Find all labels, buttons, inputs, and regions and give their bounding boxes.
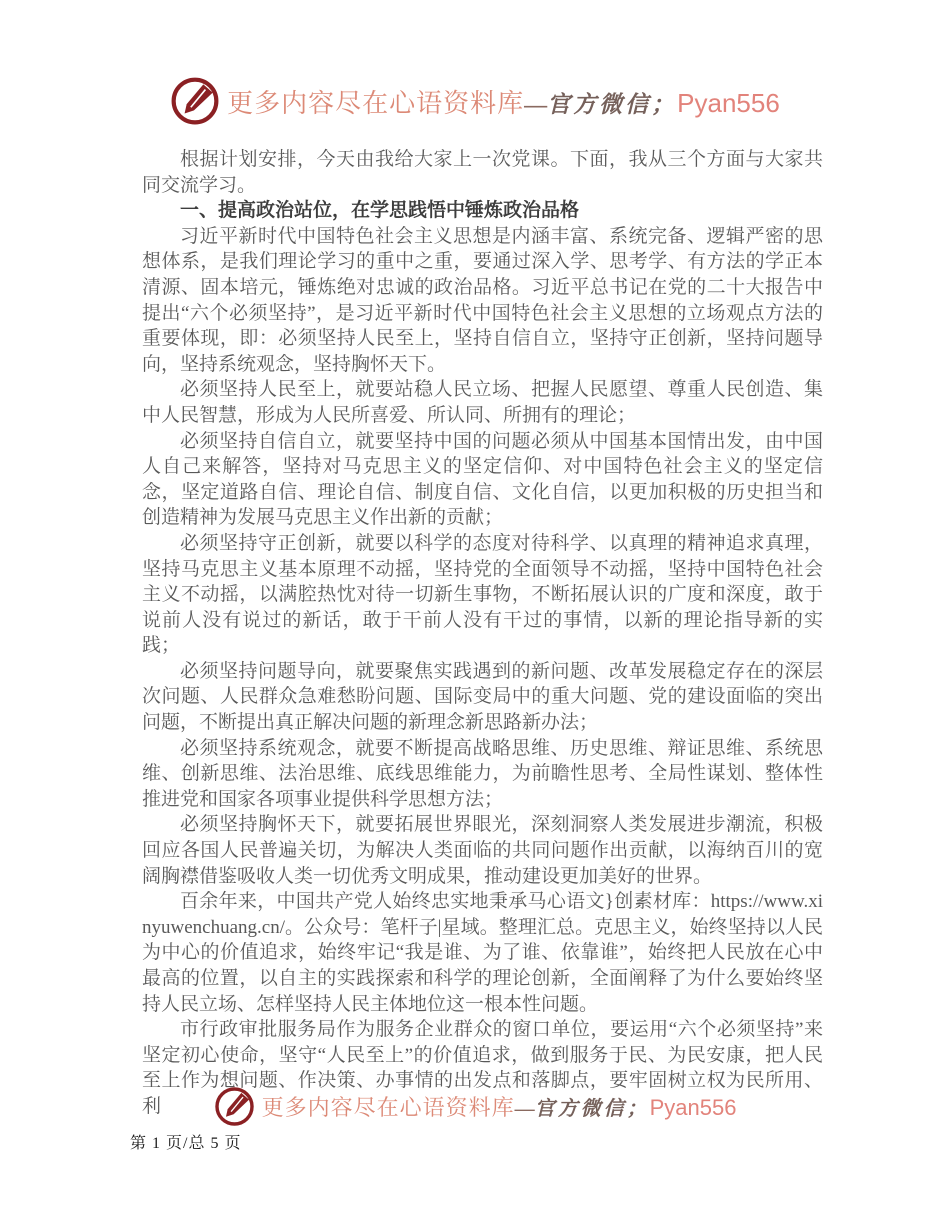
banner-wechat-id: Pyan556 [677, 88, 780, 118]
banner-text: 更多内容尽在心语资料库—官方微信；Pyan556 [227, 83, 780, 120]
banner-site-name: 更多内容尽在心语资料库 [262, 1095, 515, 1120]
paragraph-thought-system: 习近平新时代中国特色社会主义思想是内涵丰富、系统完备、逻辑严密的思想体系，是我们… [142, 224, 823, 378]
page-number: 第 1 页/总 5 页 [130, 1130, 241, 1153]
paragraph-innovation: 必须坚持守正创新，就要以科学的态度对待科学、以真理的精神追求真理，坚持马克思主义… [142, 531, 823, 659]
banner-dash: — [515, 1098, 535, 1120]
paragraph-hundred-years: 百余年来，中国共产党人始终忠实地秉承马心语文}创素材库：https://www.… [142, 889, 823, 1017]
paragraph-self-confidence: 必须坚持自信自立，就要坚持中国的问题必须从中国基本国情出发，由中国人自己来解答，… [142, 429, 823, 531]
banner-text: 更多内容尽在心语资料库—官方微信；Pyan556 [262, 1091, 737, 1122]
paragraph-intro: 根据计划安排，今天由我给大家上一次党课。下面，我从三个方面与大家共同交流学习。 [142, 147, 823, 198]
paragraph-people-first: 必须坚持人民至上，就要站稳人民立场、把握人民愿望、尊重人民创造、集中人民智慧，形… [142, 377, 823, 428]
paragraph-problem-oriented: 必须坚持问题导向，就要聚焦实践遇到的新问题、改革发展稳定存在的深层次问题、人民群… [142, 659, 823, 736]
paragraph-world-vision: 必须坚持胸怀天下，就要拓展世界眼光，深刻洞察人类发展进步潮流，积极回应各国人民普… [142, 812, 823, 889]
banner-site-name: 更多内容尽在心语资料库 [227, 89, 524, 118]
pen-seal-logo-icon [170, 76, 220, 126]
section-heading-1: 一、提高政治站位，在学思践悟中锤炼政治品格 [142, 198, 823, 224]
banner-wechat-label: 官方微信； [547, 92, 677, 117]
pen-seal-logo-icon [214, 1086, 255, 1127]
paragraph-system-concept: 必须坚持系统观念，就要不断提高战略思维、历史思维、辩证思维、系统思维、创新思维、… [142, 736, 823, 813]
footer-banner: 更多内容尽在心语资料库—官方微信；Pyan556 [0, 1086, 950, 1127]
header-banner: 更多内容尽在心语资料库—官方微信；Pyan556 [0, 76, 950, 126]
document-body: 根据计划安排，今天由我给大家上一次党课。下面，我从三个方面与大家共同交流学习。 … [142, 147, 823, 1120]
banner-dash: — [524, 92, 547, 117]
banner-wechat-id: Pyan556 [650, 1095, 737, 1120]
document-page: 更多内容尽在心语资料库—官方微信；Pyan556 根据计划安排，今天由我给大家上… [0, 0, 950, 1230]
banner-wechat-label: 官方微信； [535, 1098, 650, 1120]
